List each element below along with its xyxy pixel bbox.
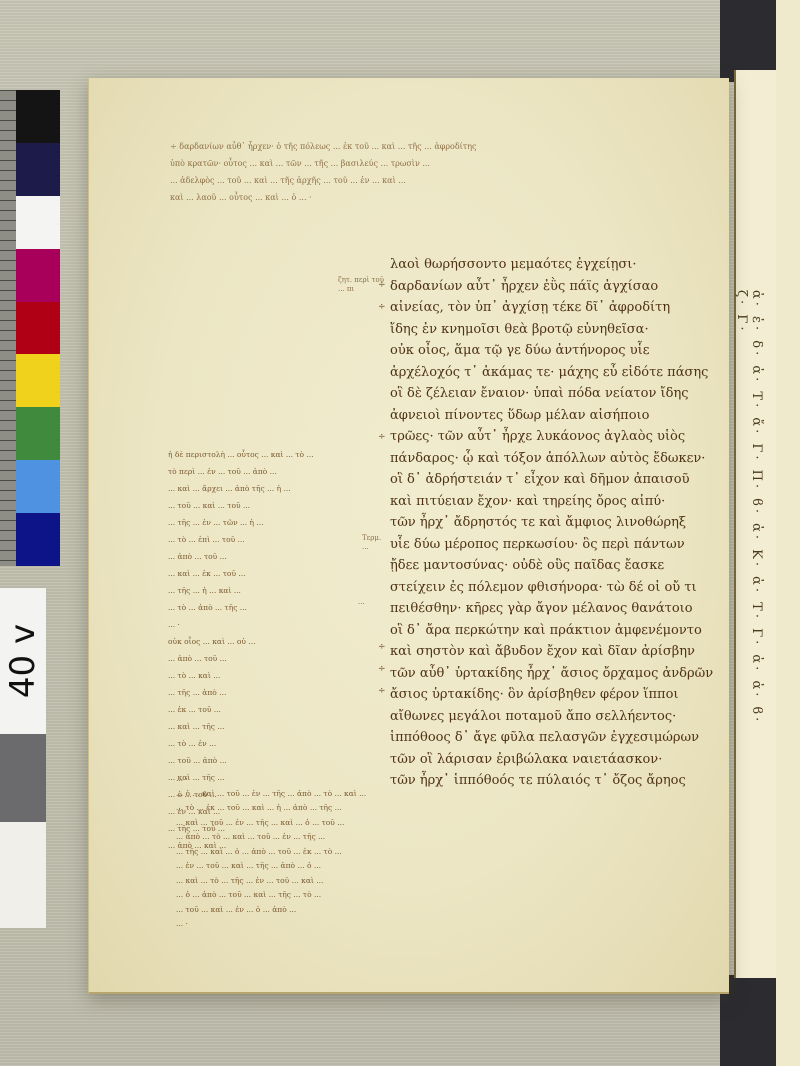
scholia-top: ÷ δαρδανίων αὖθ᾽ ἦρχεν· ὁ τῆς πόλεως ...…	[170, 138, 710, 206]
scholia-line: ... τὸ ... ἐκ ... τοῦ ... καὶ ... ἡ ... …	[176, 801, 716, 816]
folio-label-strip: 40 v	[0, 588, 46, 928]
text-line: οὐκ οἶος, ἅμα τῷ γε δύω ἀντήνορος υἷε	[390, 340, 720, 362]
line-marker: ÷	[378, 302, 386, 312]
scholia-line: καὶ ... λαοῦ ... οὗτος ... καὶ ... ὁ ...…	[170, 189, 710, 206]
main-text-column: λαοὶ θωρήσσοντο μεμαότες ἐγχείῃσι·δαρδαν…	[390, 254, 720, 792]
text-line: τῶν οἳ λάρισαν ἐριβώλακα ναιετάασκον·	[390, 749, 720, 771]
text-line: τῶν ἦρχ᾽ ἄδρηστός τε καὶ ἄμφιος λινοθώρη…	[390, 512, 720, 534]
color-swatch-green	[16, 407, 60, 460]
scholia-line: ... τοῦ ... καὶ ... ἐν ... ὁ ... ἀπὸ ...	[176, 903, 716, 918]
text-line: δαρδανίων αὖτ᾽ ἦρχεν ἐῢς πάϊς ἀγχίσαο	[390, 276, 720, 298]
scholia-line: ... τὸ ... καὶ ...	[168, 667, 386, 684]
scholia-line: ... ἀπὸ ... τὸ ... καὶ ... τοῦ ... ἐν ..…	[176, 830, 716, 845]
text-line: ἱππόθοος δ᾽ ἄγε φῦλα πελασγῶν ἐγχεσιμώρω…	[390, 727, 720, 749]
text-line: τρῶες· τῶν αὖτ᾽ ἦρχε λυκάονος ἀγλαὸς υἱὸ…	[390, 426, 720, 448]
scholia-line: ... τῆς ... ἀπὸ ...	[168, 684, 386, 701]
color-swatch-light-blue	[16, 460, 60, 513]
folio-number: 40 v	[3, 624, 43, 698]
color-swatch-magenta	[16, 249, 60, 302]
scholia-line: ... καὶ ... τοῦ ... ἐν ... τῆς ... καὶ .…	[176, 816, 716, 831]
scholia-line: οὐκ οἶος ... καὶ ... οὐ ...	[168, 633, 386, 650]
measurement-ruler	[0, 90, 16, 566]
color-swatch-red	[16, 302, 60, 355]
scholia-line: ... τὸ ... ἀπὸ ... τῆς ...	[168, 599, 386, 616]
text-line: στείχειν ἐς πόλεμον φθισήνορα· τὼ δέ οἱ …	[390, 577, 720, 599]
color-chart	[16, 90, 60, 566]
scholia-line: ... τοῦ ... ἀπὸ ...	[168, 752, 386, 769]
scholia-line: ... ·	[168, 616, 386, 633]
text-line: ἀφνειοὶ πίνοντες ὕδωρ μέλαν αἰσήποιο	[390, 405, 720, 427]
scholia-line: ὑπὸ κρατῶν· οὗτος ... καὶ ... τῶν ... τῆ…	[170, 155, 710, 172]
scholia-line: ... ὁ ... ἀπὸ ... τοῦ ... καὶ ... τῆς ..…	[176, 888, 716, 903]
text-line: ἀρχέλοχός τ᾽ ἀκάμας τε· μάχης εὖ εἰδότε …	[390, 362, 720, 384]
grey-scale-dark	[0, 734, 46, 822]
text-line: καὶ πιτύειαν ἔχον· καὶ τηρείης ὄρος αἰπύ…	[390, 491, 720, 513]
line-marker: ÷	[378, 280, 386, 290]
scholia-line: ... ἀπὸ ... τοῦ ...	[168, 650, 386, 667]
color-swatch-white	[16, 196, 60, 249]
scholia-line: ... τῆς ... καὶ ... ὁ ... ἀπὸ ... τοῦ ..…	[176, 845, 716, 860]
text-line: ἴδης ἐν κνημοῖσι θεὰ βροτῷ εὐνηθεῖσα·	[390, 319, 720, 341]
text-line: υἷε δύω μέροπος περκωσίου· ὃς περὶ πάντω…	[390, 534, 720, 556]
scholia-line: ... καὶ ... τῆς ...	[168, 718, 386, 735]
color-swatch-dark-blue	[16, 143, 60, 196]
scholia-line: ... καὶ ... τὸ ... τῆς ... ἐν ... τοῦ ..…	[176, 874, 716, 889]
facing-page-marginalia: ἀ· ἐ· δ· ἀ· Τ· ἄ· Γ· Π· ϐ· ἀ· Κ· ἀ· Τ· Γ…	[744, 290, 764, 730]
scholia-line: ... ἐν ... τοῦ ... καὶ ... τῆς ... ἀπὸ .…	[176, 859, 716, 874]
color-swatch-navy	[16, 513, 60, 566]
text-line: πάνδαρος· ᾧ καὶ τόξον ἀπόλλων αὐτὸς ἔδωκ…	[390, 448, 720, 470]
scholia-line: ... ἀδελφὸς ... τοῦ ... καὶ ... τῆς ἀρχῆ…	[170, 172, 710, 189]
dark-cloth-bottom-right	[720, 975, 780, 1066]
scholia-line: ... ἐκ ... τοῦ ...	[168, 701, 386, 718]
scholia-line: ... τῆς ... ἐν ... τῶν ... ἡ ...	[168, 514, 386, 531]
text-line: οἳ δὲ ζέλειαν ἔναιον· ὑπαὶ πόδα νείατον …	[390, 383, 720, 405]
scholia-line: ... τὸ ... ἐν ...	[168, 735, 386, 752]
scholia-line: ... τοῦ ... καὶ ... τοῦ ...	[168, 497, 386, 514]
scholia-line: ... ·	[176, 772, 716, 787]
text-line: ᾔδεε μαντοσύνας· οὐδὲ οὓς παῖδας ἔασκε	[390, 555, 720, 577]
scholia-line: ÷ δαρδανίων αὖθ᾽ ἦρχεν· ὁ τῆς πόλεως ...…	[170, 138, 710, 155]
scholia-line: ... ἀπὸ ... τοῦ ...	[168, 548, 386, 565]
text-line: οἳ δ᾽ ἀδρήστειάν τ᾽ εἶχον καὶ δῆμον ἀπαι…	[390, 469, 720, 491]
folio-label: 40 v	[0, 588, 46, 734]
text-line: τῶν αὖθ᾽ ὑρτακίδης ἦρχ᾽ ἄσιος ὄρχαμος ἀν…	[390, 663, 720, 685]
color-swatch-yellow	[16, 354, 60, 407]
line-marker: ÷	[378, 432, 386, 442]
color-swatch-black	[16, 90, 60, 143]
scholia-line: ... ὁ ... καὶ ... τοῦ ... ἐν ... τῆς ...…	[176, 787, 716, 802]
scholia-line: ... καὶ ... ἐκ ... τοῦ ...	[168, 565, 386, 582]
scholia-line: ... τὸ ... ἐπὶ ... τοῦ ...	[168, 531, 386, 548]
text-line: αἴθωνες μεγάλοι ποταμοῦ ἄπο σελλήεντος·	[390, 706, 720, 728]
text-line: οἳ δ᾽ ἄρα περκώτην καὶ πράκτιον ἀμφενέμο…	[390, 620, 720, 642]
scholia-line: ἡ δὲ περιστολὴ ... οὗτος ... καὶ ... τὸ …	[168, 446, 386, 463]
scholia-line: ... καὶ ... ἄρχει ... ἀπὸ τῆς ... ἡ ...	[168, 480, 386, 497]
facing-page-right	[776, 0, 800, 1066]
text-line: ἄσιος ὑρτακίδης· ὃν ἀρίσβηθεν φέρον ἵππο…	[390, 684, 720, 706]
text-line: αἰνείας, τὸν ὑπ᾽ ἀγχίσῃ τέκε δῖ᾽ ἀφροδίτ…	[390, 297, 720, 319]
text-line: λαοὶ θωρήσσοντο μεμαότες ἐγχείῃσι·	[390, 254, 720, 276]
text-line: πειθέσθην· κῆρες γὰρ ἄγον μέλανος θανάτο…	[390, 598, 720, 620]
scholia-bottom: ... ·... ὁ ... καὶ ... τοῦ ... ἐν ... τῆ…	[176, 772, 716, 932]
scholia-line: τὸ περὶ ... ἐν ... τοῦ ... ἀπὸ ...	[168, 463, 386, 480]
scholia-line: ... ·	[176, 917, 716, 932]
grey-scale-light	[0, 822, 46, 928]
scholia-line: ... τῆς ... ἡ ... καὶ ...	[168, 582, 386, 599]
text-line: καὶ σηστὸν καὶ ἄβυδον ἔχον καὶ δῖαν ἀρίσ…	[390, 641, 720, 663]
